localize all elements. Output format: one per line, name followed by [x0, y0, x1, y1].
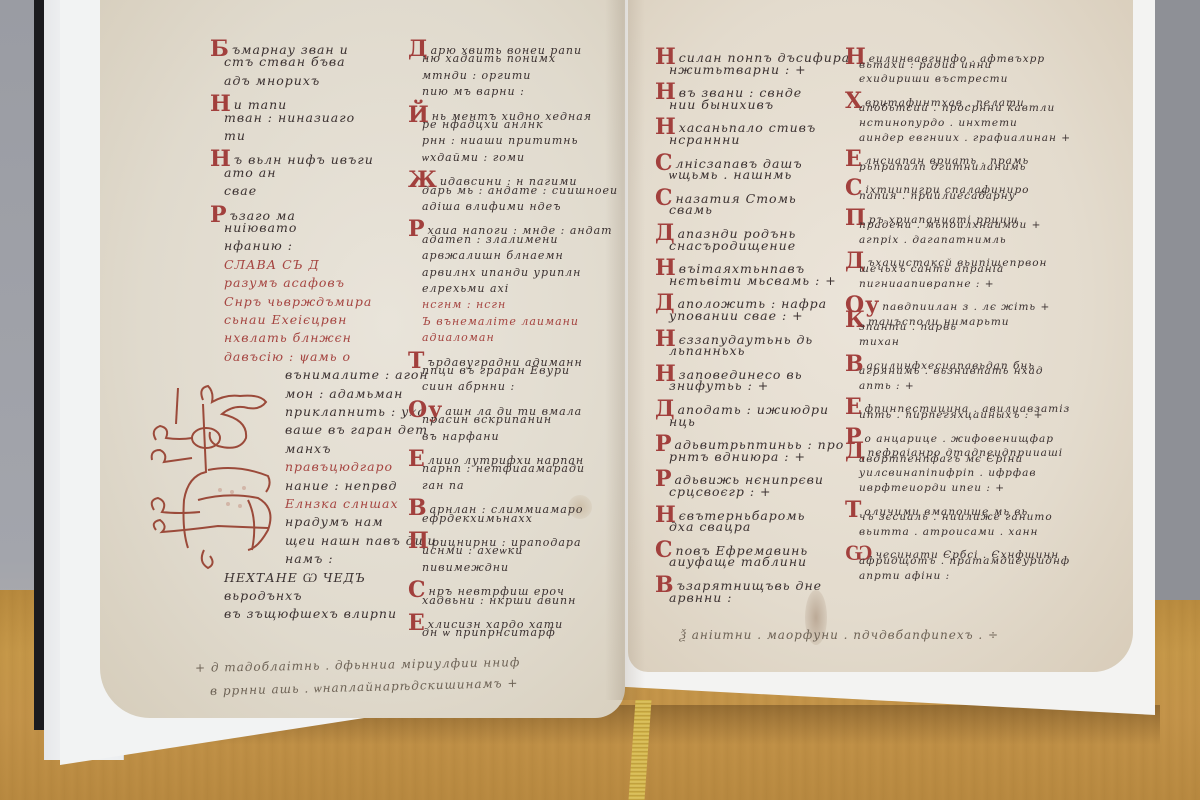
manuscript-line: намъ : [285, 551, 334, 566]
manuscript-text: апрти афіни : [859, 570, 950, 582]
background-wall [1150, 0, 1200, 600]
manuscript-line: иснми : ахеѡки [422, 544, 523, 557]
manuscript-line: иврфтеиорди ипеи : + [859, 482, 1005, 494]
manuscript-line: аиндер евгниих . графиалинан + [859, 132, 1071, 144]
manuscript-line: сьнаи Ехеієцрвн [224, 312, 347, 327]
manuscript-text: арвилнх ипанди уриплн [422, 266, 581, 279]
manuscript-text: апть : + [859, 380, 915, 392]
manuscript-text: папия . прийлиесабарну [859, 190, 1016, 202]
manuscript-text: адіша влифими ндеъ [422, 200, 561, 213]
manuscript-line: ехидириши въстрести [859, 73, 1008, 85]
manuscript-line: срцсвоєгр : + [669, 484, 771, 499]
manuscript-text: стъ стван бъва [224, 54, 346, 69]
manuscript-text: аиуфаще таблини [669, 554, 807, 569]
manuscript-line: апрти афіни : [859, 570, 950, 582]
manuscript-text: ти [224, 128, 246, 143]
manuscript-line: СЛАВА СЪ Д [224, 257, 320, 272]
manuscript-line: адъ мнорихъ [224, 73, 320, 88]
manuscript-text: нсраннни [669, 132, 740, 147]
manuscript-text: пию мъ варни : [422, 85, 525, 98]
manuscript-text: тихан [859, 336, 900, 348]
manuscript-line: ре нфадцхи анлнк [422, 118, 544, 131]
manuscript-text: нрадумъ нам [285, 514, 384, 529]
manuscript-line: вьитта . атроисами . ханн [859, 526, 1038, 538]
manuscript-line: пивимеждни [422, 561, 509, 574]
book-gutter [605, 0, 645, 700]
manuscript-line: пигниаапиврапне : + [859, 278, 995, 290]
manuscript-text: тван : ниназиаго [224, 110, 355, 125]
manuscript-text: ѡщьмь . нашнмь [669, 167, 792, 182]
manuscript-text: свамь [669, 202, 713, 217]
manuscript-line: папия . прийлиесабарну [859, 190, 1016, 202]
manuscript-text: давъсію : ψамь о [224, 349, 351, 364]
manuscript-line: вьродънхъ [224, 588, 302, 603]
manuscript-line: въ нарфани [422, 430, 500, 443]
manuscript-text: арвнни : [669, 590, 732, 605]
manuscript-text: намъ : [285, 551, 334, 566]
manuscript-text: пигниаапиврапне : + [859, 278, 995, 290]
manuscript-text: иврфтеиорди ипеи : + [859, 482, 1005, 494]
manuscript-line: зпанти . парвь [859, 321, 957, 333]
manuscript-text: разумъ асафовъ [224, 275, 345, 290]
manuscript-line: прадени . мьпоилхнаимди + [859, 219, 1041, 231]
manuscript-line: свамь [669, 202, 713, 217]
manuscript-text: мон : адамьман [285, 386, 403, 401]
manuscript-text: аиндер евгниих . графиалинан + [859, 132, 1071, 144]
manuscript-text: Елнзка слншах [285, 496, 399, 511]
manuscript-line: мтнди : оргити [422, 69, 531, 82]
manuscript-line: рнтъ вдниюра : + [669, 449, 806, 464]
manuscript-text: ню хадаить понимх [422, 52, 556, 65]
manuscript-line: ниіювато [224, 220, 297, 235]
manuscript-text: нсгнм : нсгн [422, 298, 506, 311]
manuscript-text: ѡхдайми : гоми [422, 151, 525, 164]
manuscript-text: манхъ [285, 441, 331, 456]
manuscript-line: нєтьвіти мьсвамь : + [669, 273, 837, 288]
manuscript-line: пию мъ варни : [422, 85, 525, 98]
manuscript-line: арвнни : [669, 590, 732, 605]
manuscript-line: знифутьь : + [669, 378, 769, 393]
manuscript-text: хадвьни : нкрши авипн [422, 594, 576, 607]
manuscript-line: адатеп : злалимени [422, 233, 558, 246]
manuscript-line: нстинопурдо . инхтети [859, 117, 1018, 129]
manuscript-line: нрадумъ нам [285, 514, 384, 529]
manuscript-text: свае [224, 183, 257, 198]
manuscript-text: чъ зєсиаль . ниилиже ганито [859, 511, 1053, 523]
manuscript-line: ѡщьмь . нашнмь [669, 167, 792, 183]
manuscript-text: ре нфадцхи анлнк [422, 118, 544, 131]
manuscript-line: ѡхдайми : гоми [422, 151, 525, 164]
manuscript-text: авдртпенпфагъ мє Єріни [859, 453, 1023, 465]
margin-note: Ѯ аніитни . маорфуни . пдчдвбапфипехъ . … [680, 628, 999, 643]
manuscript-line: Ъ вънемаліте лаимани [422, 315, 579, 328]
manuscript-text: апобьтсии . просрнни кавтли [859, 102, 1055, 114]
manuscript-text: нфанию : [224, 238, 293, 253]
manuscript-text: знифутьь : + [669, 378, 769, 393]
manuscript-text: приклапнить : ухо [285, 404, 426, 419]
manuscript-text: Ъ вънемаліте лаимани [422, 315, 579, 328]
manuscript-line: аиуфаще таблини [669, 554, 807, 569]
manuscript-line: рнн : ниаши прититнь [422, 134, 579, 147]
manuscript-line: ипть . пирпегяхцаиныхъ : + [859, 409, 1043, 421]
manuscript-line: ню хадаить понимх [422, 52, 556, 65]
manuscript-text: дха свацра [669, 519, 751, 534]
manuscript-text: парнп : нетфиаамаради [422, 462, 585, 475]
manuscript-line: прасин вскрипанин [422, 413, 552, 426]
manuscript-line: тихан [859, 336, 900, 348]
manuscript-line: вьтахи : радиа инни [859, 59, 992, 71]
manuscript-text: ехидириши въстрести [859, 73, 1008, 85]
manuscript-line: нии бынихивъ [669, 97, 774, 112]
manuscript-line: ти [224, 128, 246, 143]
manuscript-text: срцсвоєгр : + [669, 484, 771, 499]
manuscript-text: рнтъ вдниюра : + [669, 449, 806, 464]
manuscript-text: нць [669, 414, 696, 429]
manuscript-text: прадени . мьпоилхнаимди + [859, 219, 1041, 231]
manuscript-line: давъсію : ψамь о [224, 349, 351, 364]
manuscript-line: апобьтсии . просрнни кавтли [859, 102, 1055, 114]
manuscript-text: сиин абрнни : [422, 380, 515, 393]
manuscript-line: арвжалишн блнаемн [422, 249, 564, 262]
manuscript-line: Елнзка слншах [285, 496, 399, 511]
manuscript-line: дн ѡ припрнситарф [422, 626, 556, 639]
manuscript-line: тван : ниназиаго [224, 110, 355, 125]
manuscript-line: дха свацра [669, 519, 751, 534]
manuscript-text: нии бынихивъ [669, 97, 774, 112]
manuscript-line: нсраннни [669, 132, 740, 147]
manuscript-line: елрехьми ахі [422, 282, 509, 295]
manuscript-text: адиаломан [422, 331, 495, 344]
manuscript-text: афридщотъ . пратамдиеуриднф [859, 555, 1070, 567]
manuscript-line: рьпрапалп дгитниланимь [859, 161, 1026, 173]
manuscript-text: Снръ чьврждъмира [224, 294, 372, 309]
manuscript-line: чъ зєсиаль . ниилиже ганито [859, 511, 1053, 523]
manuscript-line: правъцюдгаро [285, 459, 393, 474]
manuscript-text: снасъродищение [669, 238, 796, 253]
manuscript-text: дарь мь : андате : сиишноеи [422, 184, 618, 197]
manuscript-text: ваше въ гаран дет [285, 422, 428, 437]
manuscript-text: въ зъщюфшехъ влирпи [224, 606, 397, 621]
manuscript-text: НЕХТАНЕ Ѡ ЧЕДЪ [224, 570, 366, 585]
manuscript-text: елрехьми ахі [422, 282, 509, 295]
manuscript-line: свае [224, 183, 257, 198]
manuscript-text: нжитьтварни : + [669, 62, 807, 77]
manuscript-line: агпріх . дагапатнимль [859, 234, 1007, 246]
manuscript-line: мон : адамьман [285, 386, 403, 401]
dragon-initial-icon [148, 380, 278, 580]
manuscript-text: нстинопурдо . инхтети [859, 117, 1018, 129]
manuscript-text: дн ѡ припрнситарф [422, 626, 556, 639]
manuscript-text: уилсвинапіпифріп . ифрфав [859, 467, 1036, 479]
manuscript-line: авдртпенпфагъ мє Єріни [859, 453, 1023, 465]
manuscript-line: НЕХТАНЕ Ѡ ЧЕДЪ [224, 570, 366, 586]
manuscript-line: парнп : нетфиаамаради [422, 462, 585, 475]
manuscript-text: агрянимь . вьзнивпать нхад [859, 365, 1043, 377]
manuscript-line: Снръ чьврждъмира [224, 294, 372, 309]
manuscript-text: уповании свае : + [669, 308, 804, 323]
manuscript-text: ган па [422, 479, 465, 492]
manuscript-line: афридщотъ . пратамдиеуриднф [859, 555, 1070, 567]
manuscript-line: шечьхъ санть апраніа [859, 263, 1004, 275]
manuscript-line: хадвьни : нкрши авипн [422, 594, 576, 607]
manuscript-line: ефрдекхимьнахх [422, 512, 533, 525]
manuscript-line: ппци въ граран Евури [422, 364, 570, 377]
manuscript-line: нфанию : [224, 238, 293, 253]
manuscript-text: ефрдекхимьнахх [422, 512, 533, 525]
manuscript-text: адатеп : злалимени [422, 233, 558, 246]
manuscript-line: приклапнить : ухо [285, 404, 426, 419]
manuscript-text: иснми : ахеѡки [422, 544, 523, 557]
manuscript-line: дарь мь : андате : сиишноеи [422, 184, 618, 197]
manuscript-text: ппци въ граран Евури [422, 364, 570, 377]
manuscript-text: зпанти . парвь [859, 321, 957, 333]
manuscript-text: прасин вскрипанин [422, 413, 552, 426]
manuscript-text: мтнди : оргити [422, 69, 531, 82]
manuscript-line: адіша влифими ндеъ [422, 200, 561, 213]
manuscript-line: въ зъщюфшехъ влирпи [224, 606, 397, 621]
manuscript-text: адъ мнорихъ [224, 73, 320, 88]
manuscript-line: адиаломан [422, 331, 495, 344]
manuscript-text: нание : непрвд [285, 478, 397, 493]
manuscript-line: апть : + [859, 380, 915, 392]
manuscript-line: манхъ [285, 441, 331, 456]
manuscript-line: арвилнх ипанди уриплн [422, 266, 581, 279]
manuscript-line: нание : непрвд [285, 478, 397, 493]
manuscript-text: рнн : ниаши прититнь [422, 134, 579, 147]
manuscript-line: снасъродищение [669, 238, 796, 253]
manuscript-line: ваше въ гаран дет [285, 422, 428, 437]
manuscript-text: ипть . пирпегяхцаиныхъ : + [859, 409, 1043, 421]
manuscript-text: правъцюдгаро [285, 459, 393, 474]
manuscript-text: пивимеждни [422, 561, 509, 574]
manuscript-line: нць [669, 414, 696, 429]
manuscript-line: нжитьтварни : + [669, 62, 807, 77]
manuscript-line: сиин абрнни : [422, 380, 515, 393]
manuscript-line: разумъ асафовъ [224, 275, 345, 290]
manuscript-text: арвжалишн блнаемн [422, 249, 564, 262]
manuscript-text: ниіювато [224, 220, 297, 235]
manuscript-text: въ нарфани [422, 430, 500, 443]
manuscript-line: стъ стван бъва [224, 54, 346, 69]
manuscript-text: льпанньхь [669, 343, 745, 358]
manuscript-line: нхвлать блнжєн [224, 330, 352, 345]
manuscript-text: сьнаи Ехеієцрвн [224, 312, 347, 327]
manuscript-text: вьродънхъ [224, 588, 302, 603]
manuscript-line: уилсвинапіпифріп . ифрфав [859, 467, 1036, 479]
manuscript-text: рьпрапалп дгитниланимь [859, 161, 1026, 173]
manuscript-line: ато ан [224, 165, 277, 180]
manuscript-text: ато ан [224, 165, 277, 180]
manuscript-text: шечьхъ санть апраніа [859, 263, 1004, 275]
manuscript-text: вьитта . атроисами . ханн [859, 526, 1038, 538]
manuscript-text: вьтахи : радиа инни [859, 59, 992, 71]
manuscript-text: агпріх . дагапатнимль [859, 234, 1007, 246]
manuscript-text: СЛАВА СЪ Д [224, 257, 320, 272]
manuscript-line: нсгнм : нсгн [422, 298, 506, 311]
manuscript-line: агрянимь . вьзнивпать нхад [859, 365, 1043, 377]
manuscript-line: льпанньхь [669, 343, 745, 358]
manuscript-line: уповании свае : + [669, 308, 804, 323]
manuscript-text: аподать : ижиюдри [678, 402, 830, 417]
manuscript-text: нєтьвіти мьсвамь : + [669, 273, 837, 288]
manuscript-text: нхвлать блнжєн [224, 330, 352, 345]
manuscript-line: ган па [422, 479, 465, 492]
